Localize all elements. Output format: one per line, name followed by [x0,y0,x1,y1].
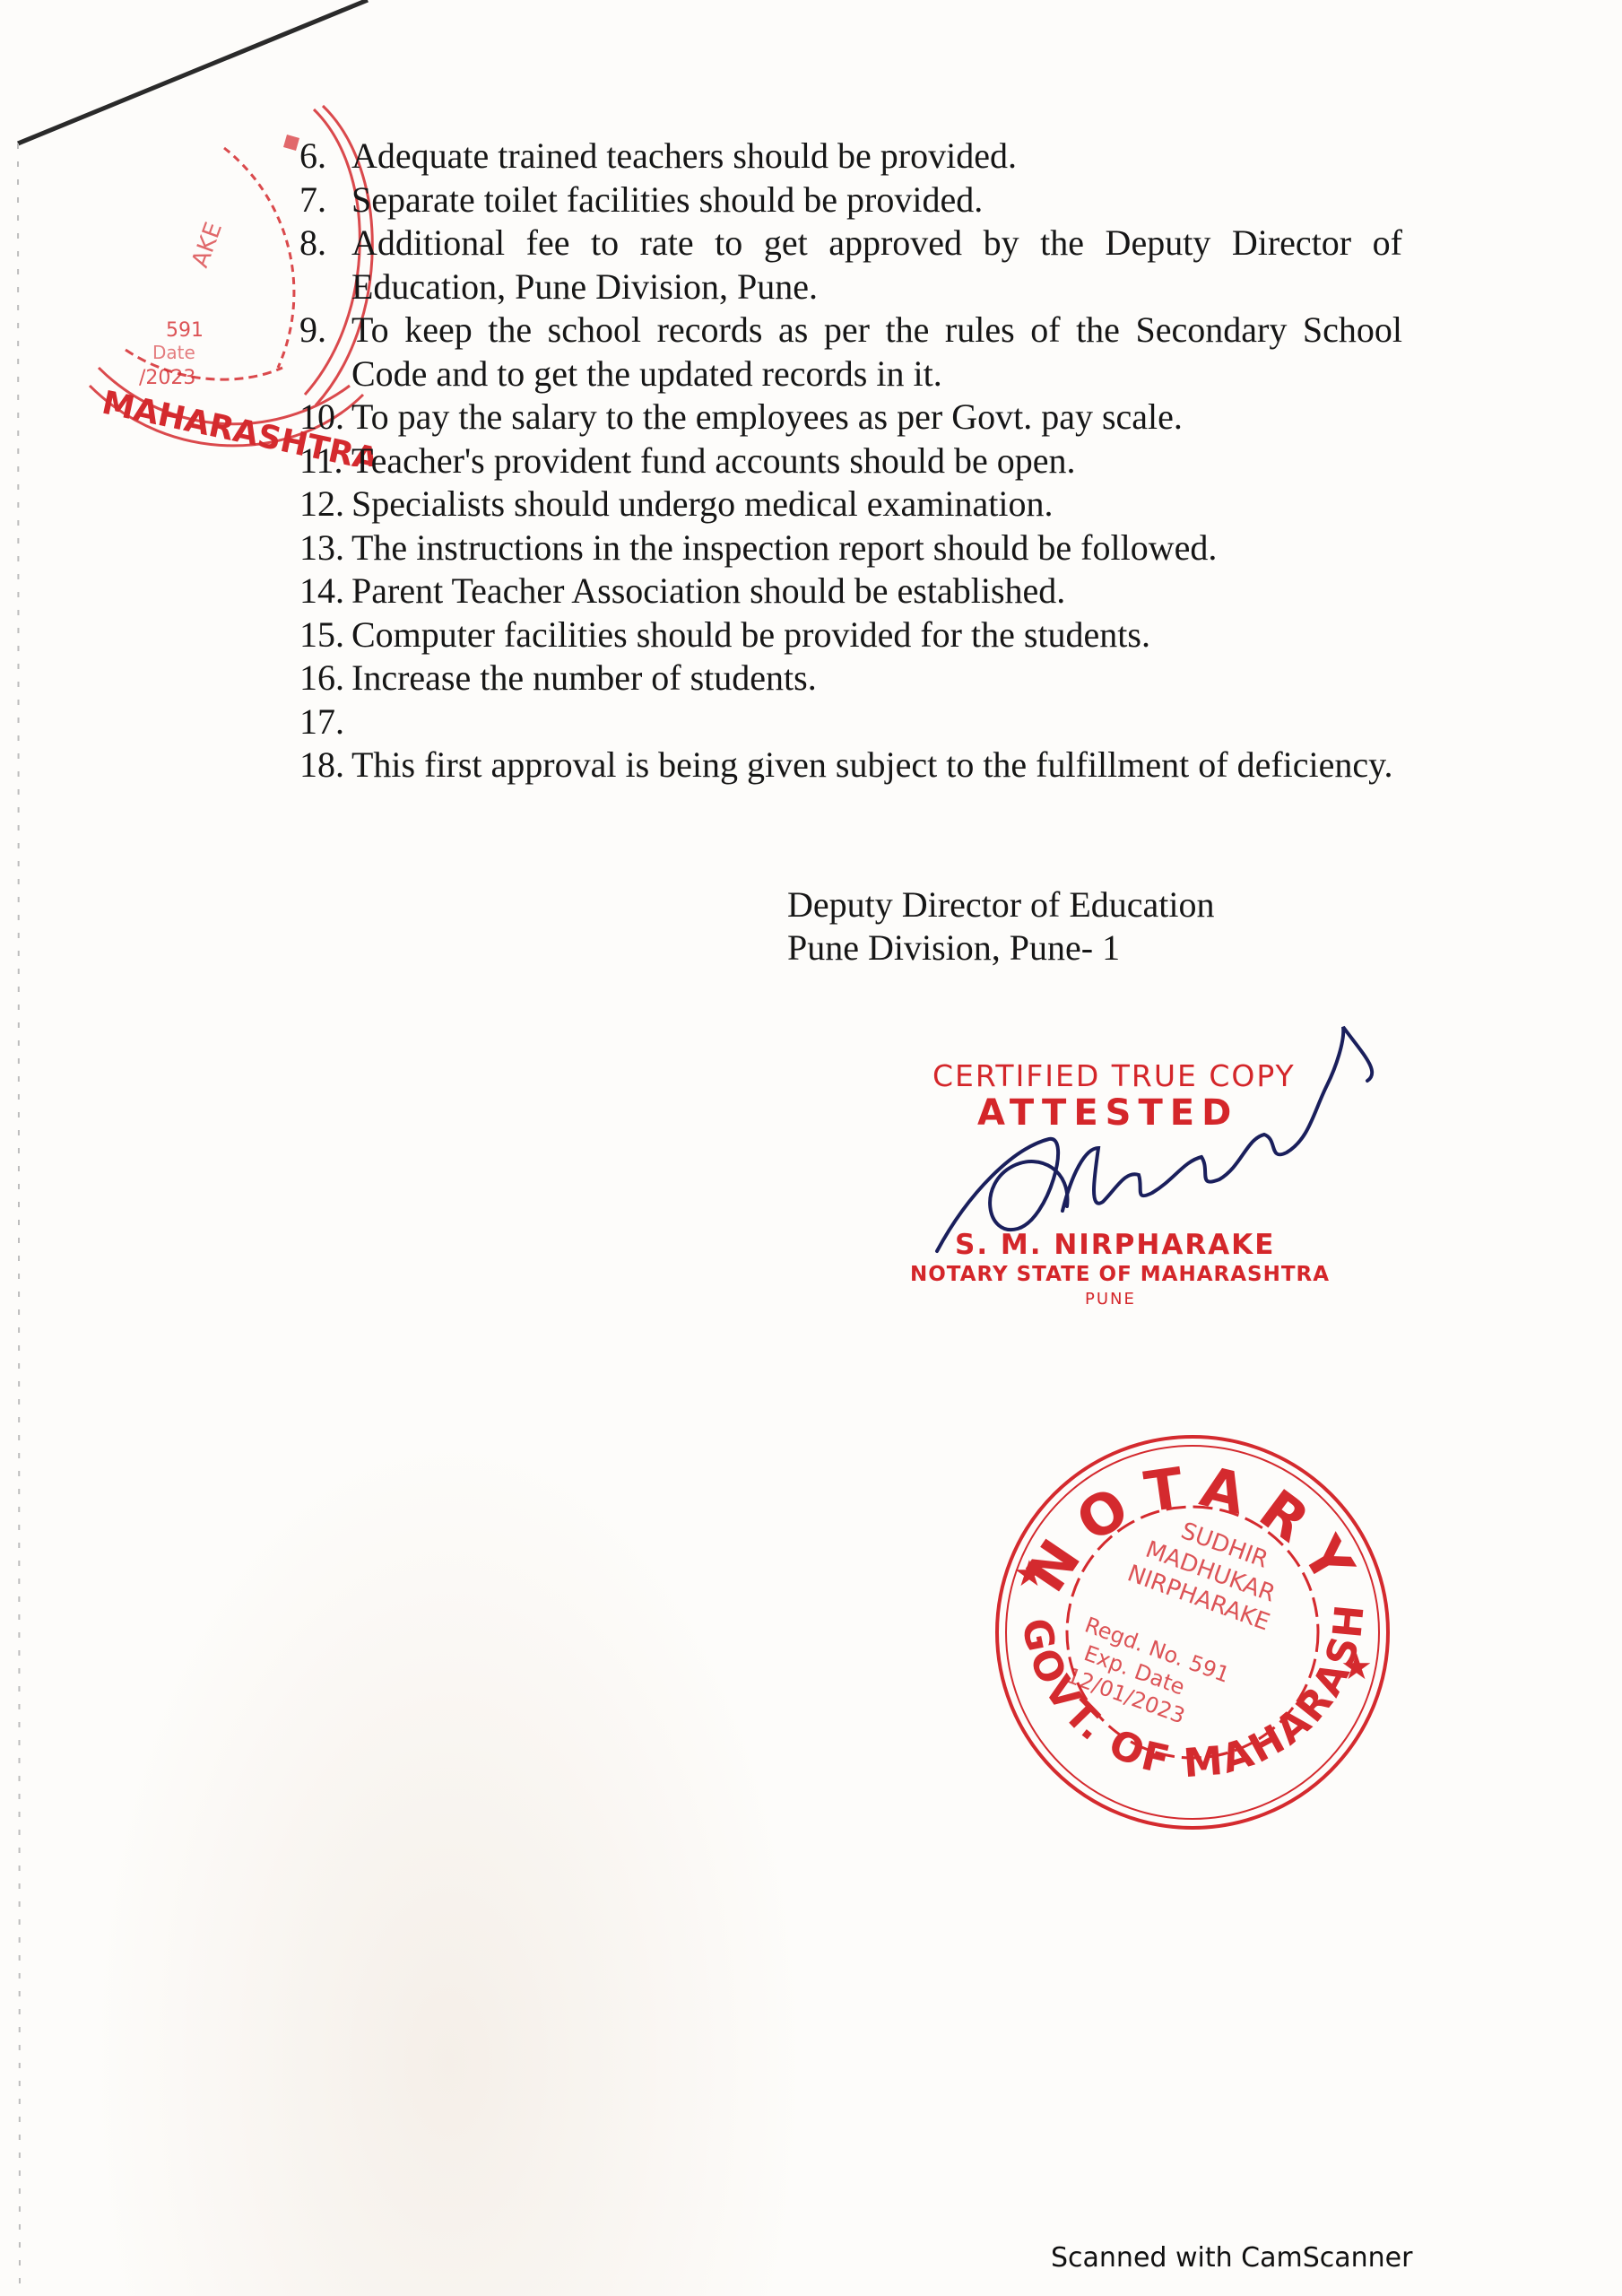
svg-text:591: 591 [166,319,204,342]
condition-number: 9. [299,309,351,396]
condition-number: 8. [299,222,351,309]
condition-text: Additional fee to rate to get approved b… [351,222,1402,309]
condition-text: Teacher's provident fund accounts should… [351,439,1402,483]
condition-text [351,700,1402,744]
condition-item: 18.This first approval is being given su… [299,744,1402,787]
notary-seal: NOTARY GOVT. OF MAHARASHTRA ★ ★ SUDHIR M… [986,1426,1399,1839]
condition-number: 11. [299,439,351,483]
condition-text: Adequate trained teachers should be prov… [351,135,1402,178]
condition-number: 14. [299,570,351,613]
signatory-block: Deputy Director of Education Pune Divisi… [787,883,1215,970]
svg-text:★: ★ [1013,1553,1045,1595]
condition-item: 13.The instructions in the inspection re… [299,526,1402,570]
condition-number: 6. [299,135,351,178]
condition-item: 16.Increase the number of students. [299,657,1402,700]
condition-item: 10.To pay the salary to the employees as… [299,396,1402,439]
condition-text: Separate toilet facilities should be pro… [351,178,1402,222]
condition-text: The instructions in the inspection repor… [351,526,1402,570]
condition-text: Parent Teacher Association should be est… [351,570,1402,613]
condition-item: 17. [299,700,1402,744]
stamp-attested-line: ATTESTED [977,1092,1238,1134]
condition-number: 18. [299,744,351,787]
condition-number: 15. [299,613,351,657]
condition-item: 9.To keep the school records as per the … [299,309,1402,396]
svg-text:/2023: /2023 [139,367,195,389]
condition-number: 12. [299,483,351,526]
condition-number: 13. [299,526,351,570]
camscanner-watermark: Scanned with CamScanner [1051,2242,1412,2274]
stamp-certified-line: CERTIFIED TRUE COPY [932,1058,1296,1093]
svg-text:AKE: AKE [186,219,228,271]
condition-text: Computer facilities should be provided f… [351,613,1402,657]
condition-item: 14.Parent Teacher Association should be … [299,570,1402,613]
condition-item: 11.Teacher's provident fund accounts sho… [299,439,1402,483]
svg-text:★: ★ [1340,1647,1373,1688]
signatory-office: Pune Division, Pune- 1 [787,926,1215,970]
condition-text: To pay the salary to the employees as pe… [351,396,1402,439]
condition-item: 12.Specialists should undergo medical ex… [299,483,1402,526]
condition-text: This first approval is being given subje… [351,744,1402,787]
condition-item: 6.Adequate trained teachers should be pr… [299,135,1402,178]
condition-text: Specialists should undergo medical exami… [351,483,1402,526]
condition-item: 8.Additional fee to rate to get approved… [299,222,1402,309]
signatory-title: Deputy Director of Education [787,883,1215,926]
condition-number: 10. [299,396,351,439]
condition-number: 17. [299,700,351,744]
condition-number: 16. [299,657,351,700]
stamp-notary-name: S. M. NIRPHARAKE [955,1229,1275,1261]
conditions-list: 6.Adequate trained teachers should be pr… [299,135,1402,787]
condition-item: 15.Computer facilities should be provide… [299,613,1402,657]
condition-text: Increase the number of students. [351,657,1402,700]
condition-number: 7. [299,178,351,222]
stamp-notary-designation: NOTARY STATE OF MAHARASHTRA [910,1263,1330,1286]
condition-text: To keep the school records as per the ru… [351,309,1402,396]
stamp-place: PUNE [1085,1290,1136,1309]
svg-text:Date: Date [152,342,195,363]
condition-item: 7.Separate toilet facilities should be p… [299,178,1402,222]
